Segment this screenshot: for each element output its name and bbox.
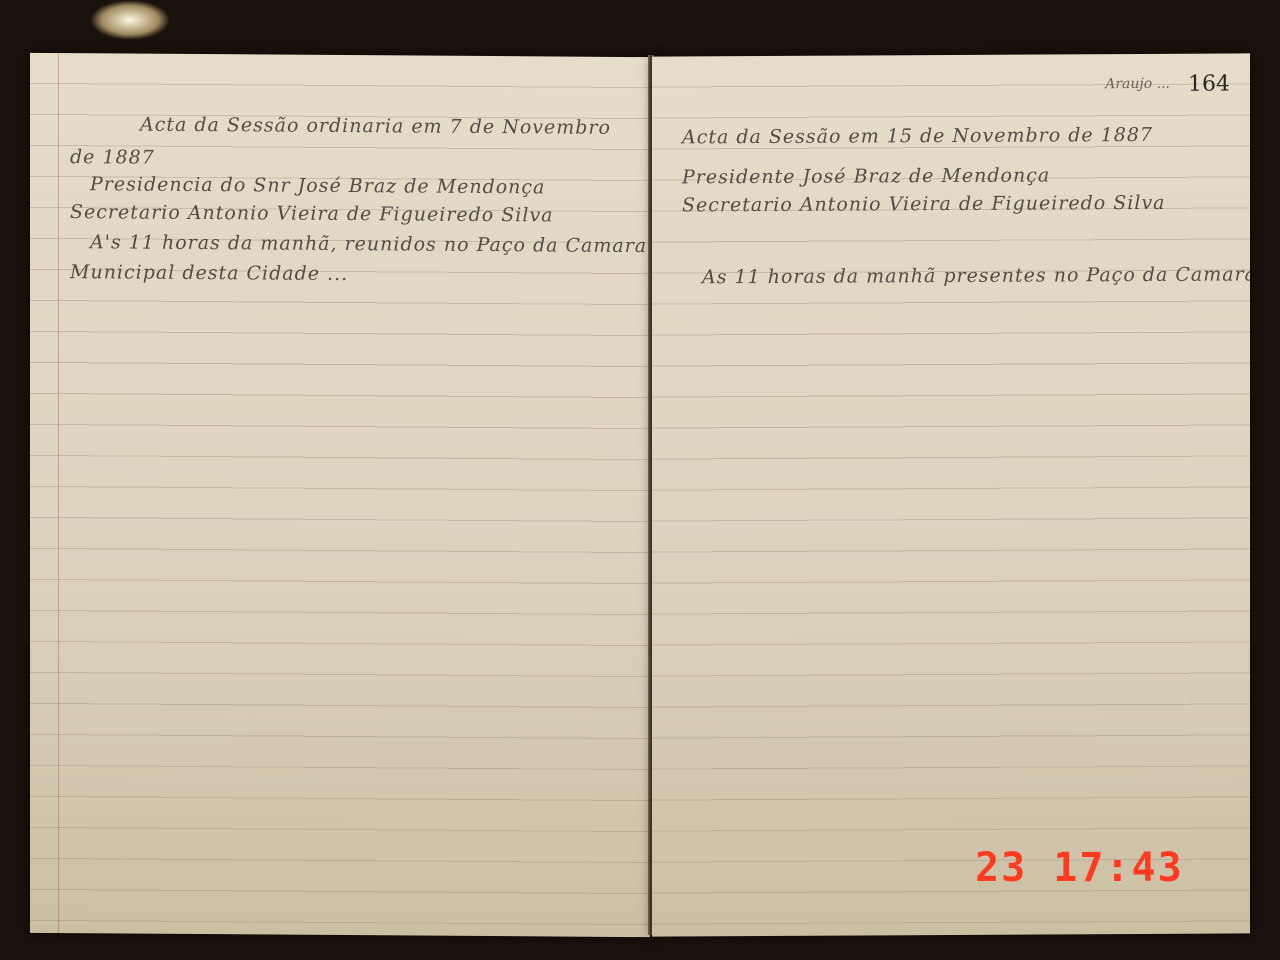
right-page: Araujo ... 164 Acta da Sessão em 15 de N… <box>652 53 1250 936</box>
background-light <box>90 0 170 40</box>
right-line: Secretario Antonio Vieira de Figueiredo … <box>682 192 1166 217</box>
left-line: Municipal desta Cidade ... <box>70 261 348 285</box>
margin-note: Araujo ... <box>1105 76 1170 92</box>
left-line: de 1887 <box>70 146 155 169</box>
left-title-line: Acta da Sessão ordinaria em 7 de Novembr… <box>140 114 611 139</box>
page-number: 164 <box>1188 72 1230 97</box>
camera-timestamp: 23 17:43 <box>975 845 1184 891</box>
open-ledger-book: Acta da Sessão ordinaria em 7 de Novembr… <box>20 45 1270 950</box>
right-title-line: Acta da Sessão em 15 de Novembro de 1887 <box>682 124 1153 148</box>
left-line: A's 11 horas da manhã, reunidos no Paço … <box>90 231 647 257</box>
left-page: Acta da Sessão ordinaria em 7 de Novembr… <box>30 53 650 937</box>
left-line: Secretario Antonio Vieira de Figueiredo … <box>70 201 554 226</box>
left-line: Presidencia do Snr José Braz de Mendonça <box>90 173 545 198</box>
right-line: As 11 horas da manhã presentes no Paço d… <box>702 263 1250 289</box>
right-line: Presidente José Braz de Mendonça <box>682 164 1050 188</box>
